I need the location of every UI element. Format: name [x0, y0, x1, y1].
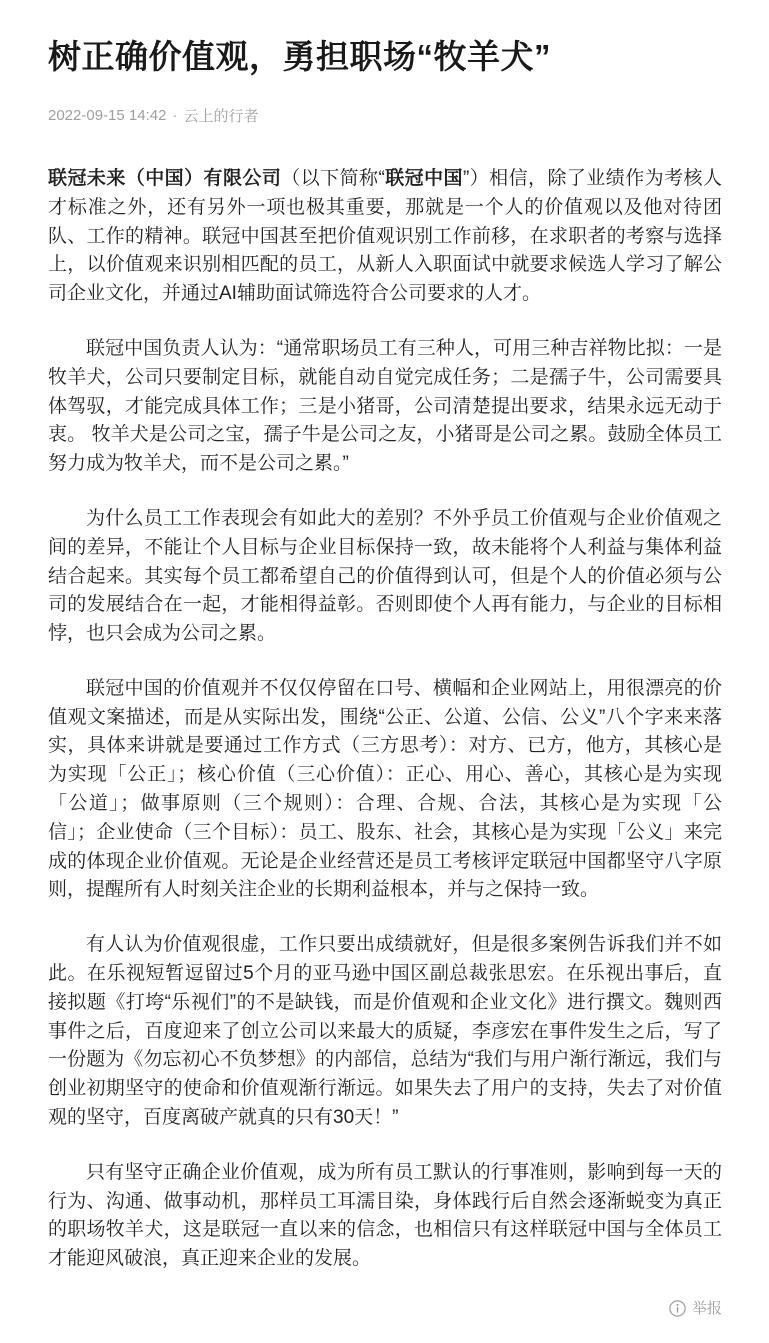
report-label: 举报	[692, 1301, 722, 1316]
article-title: 树正确价值观，勇担职场“牧羊犬”	[48, 38, 722, 76]
paragraph-4: 联冠中国的价值观并不仅仅停留在口号、横幅和企业网站上，用很漂亮的价值观文案描述，…	[48, 675, 722, 905]
paragraph-5: 有人认为价值观很虚，工作只要出成绩就好，但是很多案例告诉我们并不如此。在乐视短暂…	[48, 931, 722, 1133]
brand-name-bold: 联冠中国	[385, 168, 463, 189]
publish-datetime: 2022-09-15 14:42	[48, 107, 166, 124]
article-footer: 举报	[48, 1300, 722, 1327]
paragraph-2: 联冠中国负责人认为：“通常职场员工有三种人，可用三种吉祥物比拟：一是牧羊犬，公司…	[48, 335, 722, 479]
article-page: 树正确价值观，勇担职场“牧羊犬” 2022-09-15 14:42 · 云上的行…	[0, 0, 769, 1343]
paragraph-1-mid: （以下简称“	[281, 168, 385, 189]
article-body: 联冠未来（中国）有限公司（以下简称“联冠中国”）相信，除了业绩作为考核人才标准之…	[48, 165, 722, 1274]
info-icon	[669, 1300, 686, 1317]
paragraph-6: 只有坚守正确企业价值观，成为所有员工默认的行事准则，影响到每一天的行为、沟通、做…	[48, 1159, 722, 1274]
article-meta: 2022-09-15 14:42 · 云上的行者	[48, 105, 722, 126]
meta-separator: ·	[172, 107, 177, 124]
author-name[interactable]: 云上的行者	[183, 105, 258, 126]
paragraph-3: 为什么员工工作表现会有如此大的差别？不外乎员工价值观与企业价值观之间的差异，不能…	[48, 505, 722, 649]
company-name-bold: 联冠未来（中国）有限公司	[48, 168, 281, 189]
report-button[interactable]: 举报	[669, 1300, 722, 1317]
paragraph-1: 联冠未来（中国）有限公司（以下简称“联冠中国”）相信，除了业绩作为考核人才标准之…	[48, 165, 722, 309]
